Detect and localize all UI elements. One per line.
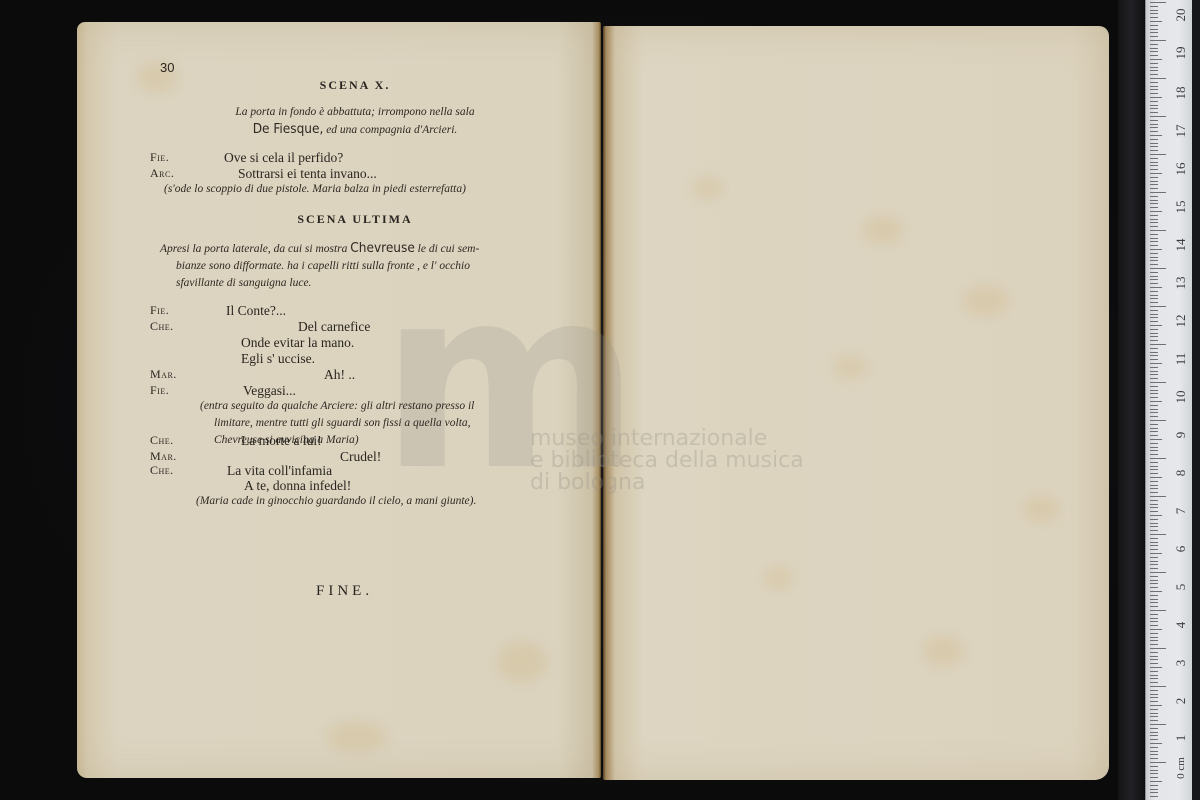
ruler-tick <box>1150 321 1158 322</box>
ruler-label: 4 <box>1173 614 1189 636</box>
ruler-tick <box>1150 188 1158 189</box>
ruler-tick <box>1150 162 1158 163</box>
ruler-tick <box>1150 86 1158 87</box>
ruler-tick <box>1150 238 1158 239</box>
ruler-tick <box>1150 116 1166 117</box>
ruler-tick <box>1150 690 1158 691</box>
ruler-tick <box>1150 67 1158 68</box>
ruler-tick <box>1150 447 1158 448</box>
ruler-tick <box>1150 450 1158 451</box>
scene-x-title: SCENA X. <box>150 78 560 93</box>
final-stage-direction: (Maria cade in ginocchio guardando il ci… <box>196 493 476 510</box>
ruler-tick <box>1150 659 1158 660</box>
ruler-tick <box>1150 492 1158 493</box>
ruler-tick <box>1150 678 1158 679</box>
ruler-tick <box>1150 226 1158 227</box>
ruler-tick <box>1150 439 1162 440</box>
dialogue-line: Ove si cela il perfido? <box>224 150 343 166</box>
ruler-tick <box>1150 264 1158 265</box>
stage-direction-line: De Fiesque, ed una compagnia d'Arcieri. <box>150 121 560 139</box>
ruler-tick <box>1150 13 1158 14</box>
ruler-tick <box>1150 124 1158 125</box>
ruler-tick <box>1150 485 1158 486</box>
ruler-tick <box>1150 754 1158 755</box>
ruler-tick <box>1150 44 1158 45</box>
ruler-label: 16 <box>1173 158 1189 180</box>
ruler-tick <box>1150 792 1158 793</box>
ruler-tick <box>1150 576 1158 577</box>
ruler-tick <box>1150 21 1162 22</box>
watermark-line-1: museo internazionale <box>530 428 850 450</box>
ruler-label: 18 <box>1173 82 1189 104</box>
ruler-tick <box>1150 458 1166 459</box>
ruler-tick <box>1150 743 1162 744</box>
page-number: 30 <box>160 60 174 75</box>
ruler-tick <box>1150 591 1162 592</box>
ruler-tick <box>1150 724 1166 725</box>
dialogue-line: Crudel! <box>340 449 381 465</box>
ruler-tick <box>1150 732 1158 733</box>
dialogue-line: La vita coll'infamia <box>227 463 332 479</box>
speaker-label: Mar. <box>150 367 177 382</box>
speaker-label: Fie. <box>150 150 169 165</box>
speaker-label: Mar. <box>150 449 177 464</box>
ruler-tick <box>1150 154 1166 155</box>
ruler-label: 17 <box>1173 120 1189 142</box>
ruler-tick <box>1150 412 1158 413</box>
ruler-tick <box>1150 74 1158 75</box>
speaker-label: Che. <box>150 319 174 334</box>
ruler-tick <box>1150 276 1158 277</box>
ruler-tick <box>1150 488 1158 489</box>
ruler-tick <box>1150 222 1158 223</box>
ruler-tick <box>1150 751 1158 752</box>
speaker-label: Che. <box>150 433 174 448</box>
ruler-tick <box>1150 416 1158 417</box>
ruler-tick <box>1150 431 1158 432</box>
ruler-tick <box>1150 59 1162 60</box>
ruler-tick <box>1150 705 1162 706</box>
stage-direction-line: La porta in fondo è abbattuta; irrompono… <box>150 104 560 121</box>
ruler-tick <box>1150 629 1162 630</box>
speaker-label: Fie. <box>150 383 169 398</box>
ruler-tick <box>1150 542 1158 543</box>
ruler-tick <box>1150 169 1158 170</box>
ruler-tick <box>1150 424 1158 425</box>
ruler-tick <box>1150 477 1162 478</box>
ruler-tick <box>1150 519 1158 520</box>
ruler-tick <box>1150 549 1158 550</box>
stage-direction-line: (entra seguito da qualche Arciere: gli a… <box>200 398 474 415</box>
ruler-tick <box>1150 682 1158 683</box>
ruler-label: 19 <box>1173 42 1189 64</box>
ruler-tick <box>1150 352 1158 353</box>
dialogue-line: A te, donna infedel! <box>244 478 351 494</box>
ruler-tick <box>1150 146 1158 147</box>
ruler-tick <box>1150 302 1158 303</box>
ruler-tick <box>1150 184 1158 185</box>
ruler-tick <box>1150 648 1166 649</box>
ruler-tick <box>1150 770 1158 771</box>
ruler-label: 5 <box>1173 576 1189 598</box>
ruler-label: 10 <box>1173 386 1189 408</box>
ruler-tick <box>1150 397 1158 398</box>
ruler-tick <box>1150 158 1158 159</box>
ruler-tick <box>1150 2 1166 3</box>
ruler-tick <box>1150 314 1158 315</box>
ruler-tick <box>1150 716 1158 717</box>
ruler-tick <box>1150 587 1158 588</box>
ruler-tick <box>1150 739 1158 740</box>
stage-direction-line: sfavillante di sanguigna luce. <box>160 275 479 292</box>
ruler-tick <box>1150 257 1158 258</box>
ruler-tick <box>1150 78 1166 79</box>
ruler-tick <box>1150 82 1158 83</box>
ruler-tick <box>1150 249 1162 250</box>
ruler-label: 2 <box>1173 690 1189 712</box>
ruler-tick <box>1150 306 1166 307</box>
ruler-tick <box>1150 618 1158 619</box>
speaker-label: Fie. <box>150 303 169 318</box>
ruler-tick <box>1150 507 1158 508</box>
ruler-tick <box>1150 55 1158 56</box>
ruler-tick <box>1150 773 1158 774</box>
ruler-tick <box>1150 89 1158 90</box>
ruler-tick <box>1150 621 1158 622</box>
ruler-tick <box>1150 599 1158 600</box>
ruler-tick <box>1150 405 1158 406</box>
character-name: De Fiesque, <box>253 121 324 137</box>
ruler-label: 9 <box>1173 424 1189 446</box>
ruler-tick <box>1150 348 1158 349</box>
ruler-tick <box>1150 382 1166 383</box>
ruler-label: 8 <box>1173 462 1189 484</box>
ruler-tick <box>1150 245 1158 246</box>
dialogue-line: Veggasi... <box>243 383 296 399</box>
ruler-tick <box>1150 789 1158 790</box>
ruler-tick <box>1150 781 1162 782</box>
ruler-label: 15 <box>1173 196 1189 218</box>
ruler-label: 11 <box>1173 348 1189 370</box>
dialogue-line: Sottrarsi ei tenta invano... <box>238 166 377 182</box>
ruler-tick <box>1150 583 1158 584</box>
ruler-tick <box>1150 344 1166 345</box>
ruler-tick <box>1150 181 1158 182</box>
ruler-tick <box>1150 697 1158 698</box>
ruler-tick <box>1150 523 1158 524</box>
ruler-tick <box>1150 230 1166 231</box>
ruler-tick <box>1150 766 1158 767</box>
ruler-tick <box>1150 291 1158 292</box>
ruler-tick <box>1150 637 1158 638</box>
ruler-tick <box>1150 435 1158 436</box>
ruler-tick <box>1150 777 1158 778</box>
ruler-tick <box>1150 253 1158 254</box>
ruler-tick <box>1150 386 1158 387</box>
ruler-tick <box>1150 219 1158 220</box>
ruler-tick <box>1150 25 1158 26</box>
ruler-tick <box>1150 420 1166 421</box>
ruler-tick <box>1150 6 1158 7</box>
ruler-tick <box>1150 466 1158 467</box>
ruler-tick <box>1150 686 1166 687</box>
ruler-tick <box>1150 390 1158 391</box>
ruler-tick <box>1150 515 1162 516</box>
ruler-tick <box>1150 207 1158 208</box>
ruler-tick <box>1150 602 1158 603</box>
ruler-tick <box>1150 378 1158 379</box>
ruler-tick <box>1150 234 1158 235</box>
ruler-tick <box>1150 325 1162 326</box>
ruler-tick <box>1150 127 1158 128</box>
ruler-tick <box>1150 101 1158 102</box>
ruler-tick <box>1150 298 1158 299</box>
ruler-tick <box>1150 625 1158 626</box>
ruler-tick <box>1150 675 1158 676</box>
ruler-tick <box>1150 32 1158 33</box>
ruler-tick <box>1150 606 1158 607</box>
ruler-tick <box>1150 462 1158 463</box>
ruler-tick <box>1150 393 1158 394</box>
ruler-tick <box>1150 340 1158 341</box>
ruler-label: 7 <box>1173 500 1189 522</box>
ruler-tick <box>1150 40 1166 41</box>
ruler-tick <box>1150 355 1158 356</box>
ruler-tick <box>1150 564 1158 565</box>
ruler-tick <box>1150 215 1158 216</box>
ruler-label: 13 <box>1173 272 1189 294</box>
ruler-tick <box>1150 473 1158 474</box>
ruler-tick <box>1150 317 1158 318</box>
ruler-tick <box>1150 504 1158 505</box>
stage-direction-line: bianze sono difformate. ha i capelli rit… <box>160 258 479 275</box>
ruler-tick <box>1150 10 1158 11</box>
ruler-tick <box>1150 150 1158 151</box>
end-mark: FINE. <box>316 583 373 600</box>
ruler-tick <box>1150 363 1162 364</box>
ruler-label: 6 <box>1173 538 1189 560</box>
museum-name-watermark: museo internazionale e biblioteca della … <box>530 428 850 494</box>
ruler-tick <box>1150 287 1162 288</box>
ruler-tick <box>1150 652 1158 653</box>
ruler-tick <box>1150 758 1158 759</box>
ruler-tick <box>1150 720 1158 721</box>
ruler-label: 14 <box>1173 234 1189 256</box>
ruler-tick <box>1150 48 1158 49</box>
ruler-tick <box>1150 644 1158 645</box>
ruler-tick <box>1150 97 1162 98</box>
ruler-tick <box>1150 428 1158 429</box>
ruler-tick <box>1150 203 1158 204</box>
ruler-tick <box>1150 728 1158 729</box>
ruler-tick <box>1150 469 1158 470</box>
ruler-tick <box>1150 656 1158 657</box>
ruler-tick <box>1150 336 1158 337</box>
scena-ultima-stage-direction: Apresi la porta laterale, da cui si most… <box>160 240 479 292</box>
dialogue-line: Egli s' uccise. <box>241 351 315 367</box>
ruler-tick <box>1150 139 1158 140</box>
ruler-tick <box>1150 747 1158 748</box>
ruler-tick <box>1150 108 1158 109</box>
ruler-tick <box>1150 735 1158 736</box>
measurement-ruler: 0 cm 1 2 3 4 5 6 7 8 9 10 11 12 13 14 15… <box>1145 0 1193 800</box>
ruler-tick <box>1150 496 1166 497</box>
ruler-tick <box>1150 70 1158 71</box>
ruler-tick <box>1150 713 1158 714</box>
ruler-tick <box>1150 500 1158 501</box>
ruler-tick <box>1150 595 1158 596</box>
ruler-tick <box>1150 135 1162 136</box>
ruler-tick <box>1150 557 1158 558</box>
ruler-tick <box>1150 17 1158 18</box>
ruler-tick <box>1150 481 1158 482</box>
ruler-tick <box>1150 614 1158 615</box>
ruler-tick <box>1150 310 1158 311</box>
ruler-tick <box>1150 211 1162 212</box>
stage-direction-text: ed una compagnia d'Arcieri. <box>323 124 457 136</box>
ruler-tick <box>1150 454 1158 455</box>
stage-direction-text: Apresi la porta laterale, da cui si most… <box>160 243 350 255</box>
ruler-tick <box>1150 131 1158 132</box>
ruler-tick <box>1150 701 1158 702</box>
ruler-tick <box>1150 333 1158 334</box>
ruler-tick <box>1150 526 1158 527</box>
ruler-tick <box>1150 192 1166 193</box>
ruler-tick <box>1150 553 1162 554</box>
ruler-tick <box>1150 610 1166 611</box>
scene-x-closing-direction: (s'ode lo scoppio di due pistole. Maria … <box>164 181 466 198</box>
ruler-tick <box>1150 63 1158 64</box>
speaker-label: Arc. <box>150 166 174 181</box>
ruler-tick <box>1150 371 1158 372</box>
ruler-tick <box>1150 279 1158 280</box>
ruler-tick <box>1150 572 1166 573</box>
ruler-tick <box>1150 534 1166 535</box>
ruler-tick <box>1150 359 1158 360</box>
ruler-tick <box>1150 200 1158 201</box>
ruler-tick <box>1150 105 1158 106</box>
ruler-tick <box>1150 173 1162 174</box>
ruler-tick <box>1150 374 1158 375</box>
stage-direction-line: limitare, mentre tutti gli sguardi son f… <box>200 415 474 432</box>
ruler-tick <box>1150 694 1158 695</box>
ruler-tick <box>1150 165 1158 166</box>
speaker-label: Che. <box>150 463 174 478</box>
ruler-tick <box>1150 120 1158 121</box>
ruler-tick <box>1150 633 1158 634</box>
ruler-tick <box>1150 112 1158 113</box>
ruler-tick <box>1150 511 1158 512</box>
dialogue-line: Il Conte?... <box>226 303 286 319</box>
ruler-label: 12 <box>1173 310 1189 332</box>
ruler-tick <box>1150 561 1158 562</box>
ruler-tick <box>1150 36 1158 37</box>
ruler-tick <box>1150 785 1158 786</box>
stage-direction-line: Apresi la porta laterale, da cui si most… <box>160 240 479 258</box>
dialogue-line: La morte a lui! <box>241 433 322 449</box>
ruler-tick <box>1150 671 1158 672</box>
character-name: Chevreuse <box>350 240 415 256</box>
ruler-tick <box>1150 762 1166 763</box>
ruler-tick <box>1150 295 1158 296</box>
ruler-tick <box>1150 51 1158 52</box>
ruler-tick <box>1150 196 1158 197</box>
ruler-tick <box>1150 663 1158 664</box>
watermark-line-2: e biblioteca della musica <box>530 450 850 472</box>
ruler-tick <box>1150 538 1158 539</box>
scena-ultima-title: SCENA ULTIMA <box>150 212 560 227</box>
ruler-tick <box>1150 796 1158 797</box>
ruler-tick <box>1150 401 1162 402</box>
ruler-tick <box>1150 93 1158 94</box>
ruler-tick <box>1150 143 1158 144</box>
ruler-tick <box>1150 241 1158 242</box>
ruler-edge <box>1192 0 1200 800</box>
dialogue-line: Ah! .. <box>324 367 355 383</box>
ruler-label: 3 <box>1173 652 1189 674</box>
ruler-tick <box>1150 177 1158 178</box>
ruler-tick <box>1150 580 1158 581</box>
ruler-tick <box>1150 667 1162 668</box>
dialogue-line: Onde evitar la mano. <box>241 335 354 351</box>
ruler-tick <box>1150 709 1158 710</box>
ruler-tick <box>1150 29 1158 30</box>
ruler-tick <box>1150 545 1158 546</box>
dialogue-line: Del carnefice <box>298 319 370 335</box>
ruler-tick <box>1150 329 1158 330</box>
ruler-tick <box>1150 272 1158 273</box>
ruler-tick <box>1150 409 1158 410</box>
ruler-tick <box>1150 260 1158 261</box>
ruler-label: 1 <box>1173 727 1189 749</box>
ruler-tick <box>1150 367 1158 368</box>
ruler-unit-label: 0 cm <box>1175 757 1187 779</box>
ruler-tick <box>1150 283 1158 284</box>
ruler-tick <box>1150 640 1158 641</box>
ruler-tick <box>1150 268 1166 269</box>
ruler-tick <box>1150 530 1158 531</box>
right-page <box>603 26 1109 780</box>
ruler-label: 20 <box>1173 4 1189 26</box>
watermark-line-3: di bologna <box>530 472 850 494</box>
ruler-tick <box>1150 443 1158 444</box>
stage-direction-text: le di cui sem- <box>415 243 480 255</box>
scan-frame-bar <box>1118 0 1144 800</box>
scene-x-stage-direction: La porta in fondo è abbattuta; irrompono… <box>150 104 560 139</box>
ruler-tick <box>1150 568 1158 569</box>
